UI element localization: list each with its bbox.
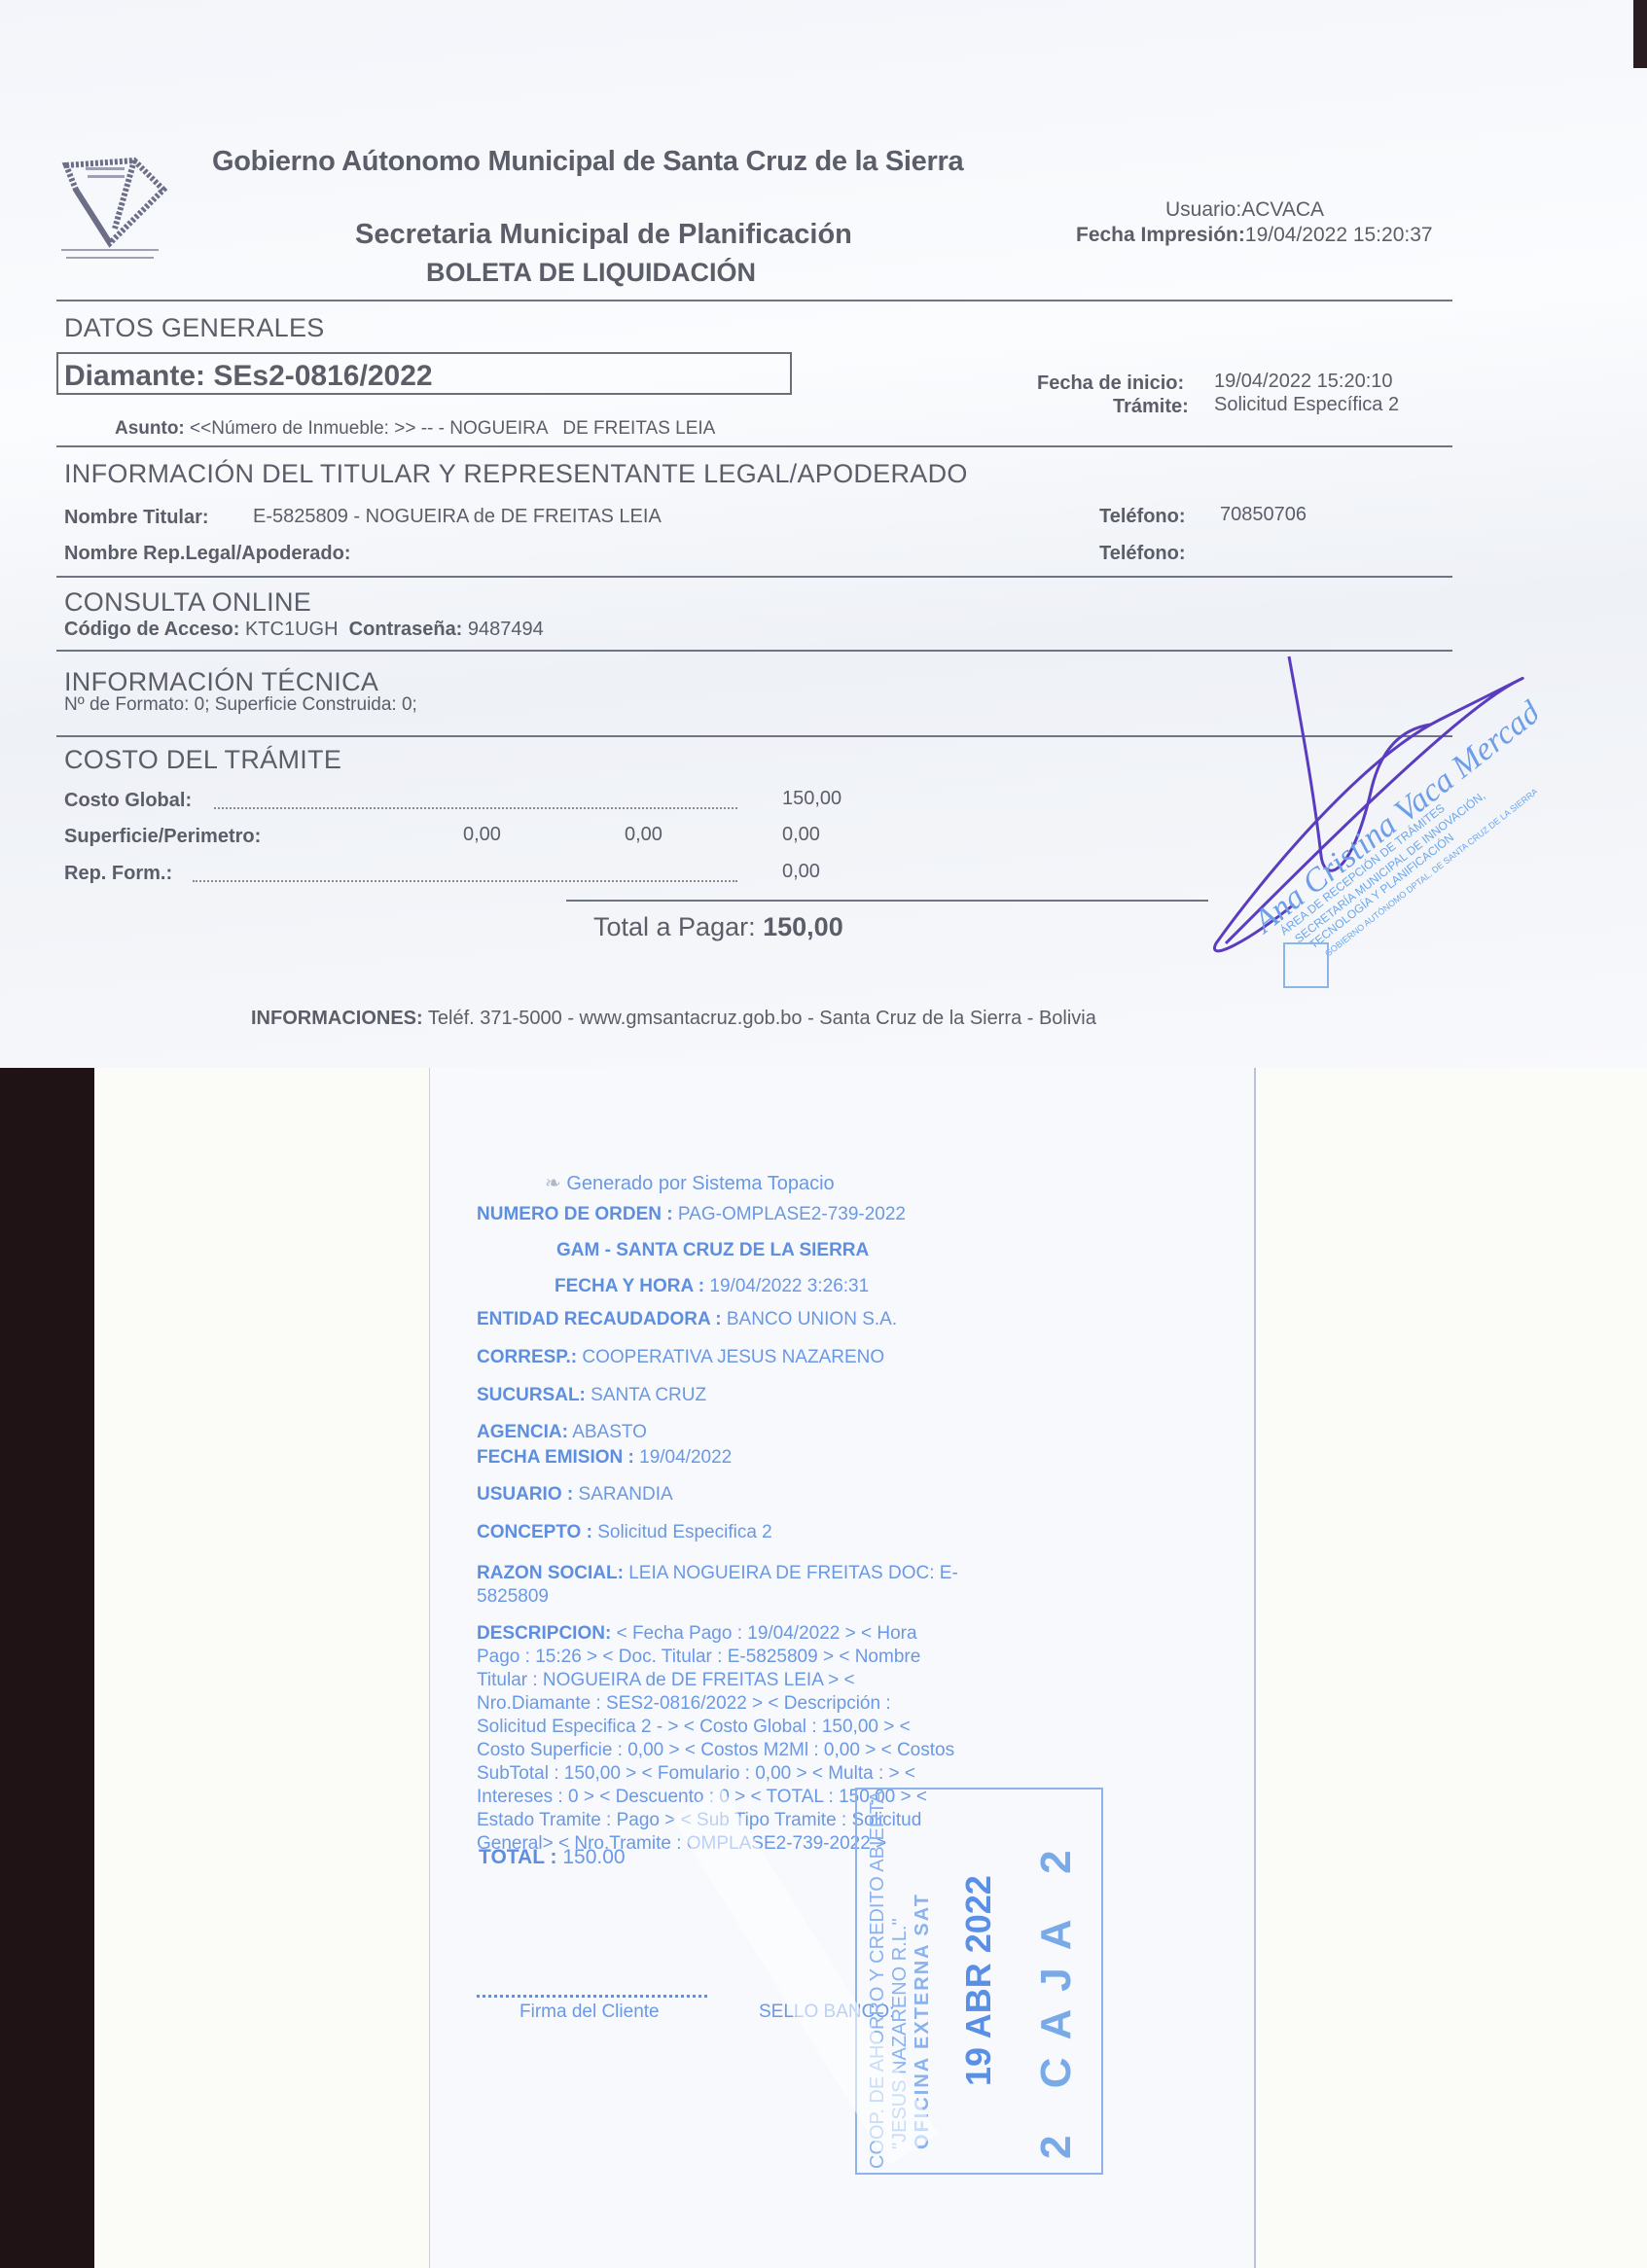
rep-legal-label: Nombre Rep.Legal/Apoderado: xyxy=(64,543,350,565)
asunto-value: <<Número de Inmueble: >> -- - NOGUEIRA D… xyxy=(190,418,715,439)
asunto-field: Asunto: <<Número de Inmueble: >> -- - NO… xyxy=(115,418,715,440)
firma-line xyxy=(477,1995,707,1998)
divider xyxy=(56,445,1452,447)
boleta-liquidacion-sheet: Gobierno Aútonomo Municipal de Santa Cru… xyxy=(0,0,1647,1070)
section-title-informacion-tecnica: INFORMACIÓN TÉCNICA xyxy=(64,667,378,697)
nombre-titular-value: E-5825809 - NOGUEIRA de DE FREITAS LEIA xyxy=(253,506,662,528)
diamante-number: Diamante: SEs2-0816/2022 xyxy=(64,360,433,393)
telefono2-label: Teléfono: xyxy=(1099,543,1186,565)
fecha-impresion-label: Fecha Impresión: xyxy=(1076,224,1245,246)
secretariat-name: Secretaria Municipal de Planificación xyxy=(355,219,852,251)
entidad-recaudadora: ENTIDAD RECAUDADORA : BANCO UNION S.A. xyxy=(477,1309,897,1330)
usuario-value: ACVACA xyxy=(1241,198,1324,221)
fecha-emision: FECHA EMISION : 19/04/2022 xyxy=(477,1447,732,1469)
asunto-label: Asunto: xyxy=(115,418,185,439)
superficie-col1: 0,00 xyxy=(463,824,501,846)
dotted-leader xyxy=(214,807,737,809)
section-title-titular: INFORMACIÓN DEL TITULAR Y REPRESENTANTE … xyxy=(64,459,968,489)
signature-stamp-icon: Ana Cristina Vaca Mercado ÁREA DE RECEPC… xyxy=(1206,652,1537,1002)
sucursal: SUCURSAL: SANTA CRUZ xyxy=(477,1385,706,1406)
receipt-total: TOTAL : 150.00 xyxy=(479,1846,626,1869)
nombre-titular-label: Nombre Titular: xyxy=(64,507,209,529)
fecha-inicio-value: 19/04/2022 15:20:10 xyxy=(1214,371,1393,393)
codigo-acceso-value: KTC1UGH xyxy=(245,619,339,640)
generated-by: ❧ Generado por Sistema Topacio xyxy=(545,1171,835,1195)
usuario-field: Usuario:ACVACA xyxy=(1165,198,1324,222)
tramite-label: Trámite: xyxy=(1113,396,1189,418)
superficie-col2: 0,00 xyxy=(625,824,662,846)
contrasena-label: Contraseña: xyxy=(349,619,463,640)
numero-orden: NUMERO DE ORDEN : PAG-OMPLASE2-739-2022 xyxy=(477,1204,906,1225)
footer-label: INFORMACIONES: xyxy=(251,1008,423,1029)
footer-text: Teléf. 371-5000 - www.gmsantacruz.gob.bo… xyxy=(428,1008,1096,1029)
fecha-hora: FECHA Y HORA : 19/04/2022 3:26:31 xyxy=(555,1276,869,1297)
bank-receipt: ❧ Generado por Sistema Topacio NUMERO DE… xyxy=(429,1068,1256,2268)
costo-global-label: Costo Global: xyxy=(64,790,192,812)
superficie-label: Superficie/Perimetro: xyxy=(64,826,261,848)
receipt-entity: GAM - SANTA CRUZ DE LA SIERRA xyxy=(556,1240,869,1261)
fecha-impresion-value: 19/04/2022 15:20:37 xyxy=(1245,224,1433,246)
razon-social: RAZON SOCIAL: LEIA NOGUEIRA DE FREITAS D… xyxy=(477,1562,963,1609)
rep-form-label: Rep. Form.: xyxy=(64,863,172,885)
fecha-impresion-field: Fecha Impresión:19/04/2022 15:20:37 xyxy=(1076,224,1433,247)
tramite-value: Solicitud Específica 2 xyxy=(1214,394,1399,416)
total-value: 150,00 xyxy=(763,912,843,941)
fecha-inicio-label: Fecha de inicio: xyxy=(1037,372,1184,395)
superficie-amount: 0,00 xyxy=(782,824,820,846)
concepto: CONCEPTO : Solicitud Especifica 2 xyxy=(477,1522,772,1543)
corresponsal: CORRESP.: COOPERATIVA JESUS NAZARENO xyxy=(477,1347,884,1368)
scan-background xyxy=(0,1068,94,2268)
divider xyxy=(56,576,1452,578)
telefono-label: Teléfono: xyxy=(1099,506,1186,528)
costo-global-amount: 150,00 xyxy=(782,788,841,810)
section-title-datos-generales: DATOS GENERALES xyxy=(64,313,325,343)
total-a-pagar: Total a Pagar: 150,00 xyxy=(593,912,843,942)
firma-cliente-label: Firma del Cliente xyxy=(519,2002,660,2023)
section-title-costo: COSTO DEL TRÁMITE xyxy=(64,745,341,775)
informacion-tecnica-text: Nº de Formato: 0; Superficie Construida:… xyxy=(64,694,417,716)
footer-informaciones: INFORMACIONES: Teléf. 371-5000 - www.gms… xyxy=(251,1008,1096,1030)
dotted-leader xyxy=(193,880,737,882)
rep-form-amount: 0,00 xyxy=(782,861,820,883)
section-title-consulta-online: CONSULTA ONLINE xyxy=(64,587,311,618)
scan-edge xyxy=(1633,0,1647,68)
organization-name: Gobierno Aútonomo Municipal de Santa Cru… xyxy=(212,146,963,178)
codigo-acceso-label: Código de Acceso: xyxy=(64,619,239,640)
topacio-icon: ❧ xyxy=(545,1173,561,1194)
agencia: AGENCIA: ABASTO xyxy=(477,1422,647,1443)
consulta-credentials: Código de Acceso: KTC1UGH Contraseña: 94… xyxy=(64,619,544,641)
usuario: USUARIO : SARANDIA xyxy=(477,1484,673,1506)
document-title: BOLETA DE LIQUIDACIÓN xyxy=(426,258,756,288)
divider xyxy=(56,300,1452,301)
total-divider xyxy=(566,900,1208,902)
total-label: Total a Pagar: xyxy=(593,912,756,941)
contrasena-value: 9487494 xyxy=(468,619,544,640)
usuario-label: Usuario: xyxy=(1165,198,1241,221)
telefono-value: 70850706 xyxy=(1220,504,1307,526)
diamante-box: Diamante: SEs2-0816/2022 xyxy=(56,352,792,395)
diamond-logo-icon xyxy=(56,146,168,263)
